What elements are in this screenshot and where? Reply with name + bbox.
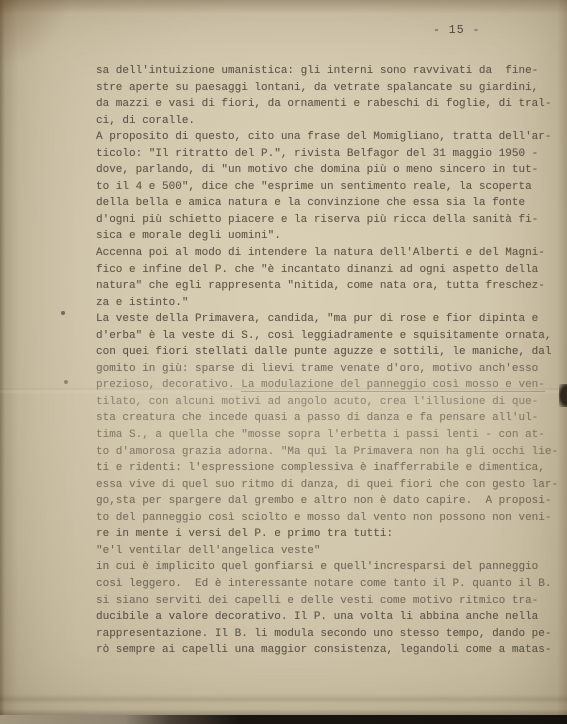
text-line: da mazzi e vasi di fiori, da ornamenti e… [96,96,548,113]
text-line: ticolo: "Il ritratto del P.", rivista Be… [96,146,548,163]
page-bottom-edge [0,715,567,724]
text-line: tilato, con alcuni motivi ad angolo acut… [96,394,548,411]
text-line: to del panneggio così sciolto e mosso da… [96,510,548,527]
text-line: d'erba" è la veste di S., così leggiadra… [96,328,548,345]
text-line: con quei fiori stellati dalle punte aguz… [96,344,548,361]
text-line: in cui è implicito quel gonfiarsi e quel… [96,559,548,576]
text-line: dove, parlando, di "un motivo che domina… [96,162,548,179]
text-line: ti e ridenti: l'espressione complessiva … [96,460,548,477]
typewritten-text: sa dell'intuizione umanistica: gli inter… [96,63,548,659]
text-line: ci, di coralle. [96,113,548,130]
text-line: stre aperte su paesaggi lontani, da vetr… [96,80,548,97]
text-line: ducibile a valore decorativo. Il P. una … [96,609,548,626]
text-line: rappresentazione. Il B. li modula second… [96,626,548,643]
pencil-mark [61,311,65,315]
text-line: essa vive di quel suo ritmo di danza, di… [96,477,548,494]
pencil-mark [64,380,68,384]
text-line: re in mente i versi del P. e primo tra t… [96,526,548,543]
text-line: tima S., a quella che "mosse sopra l'erb… [96,427,548,444]
text-line: si siano serviti dei capelli e delle ves… [96,593,548,610]
text-line: go,sta per spargere dal grembo e altro n… [96,493,548,510]
manuscript-page: - 15 - sa dell'intuizione umanistica: gl… [0,0,567,724]
text-line: rò sempre ai capelli una maggior consist… [96,642,548,659]
text-line: za e istinto." [96,295,548,312]
text-line: sta creatura che incede quasi a passo di… [96,410,548,427]
text-line: sica e morale degli uomini". [96,228,548,245]
underlined-phrase: La modulazione del panneggio così mosso … [241,379,545,392]
text-line: della bella e amica natura e la convinzi… [96,195,548,212]
text-line: natura" che egli rappresenta "nitida, co… [96,278,548,295]
text-line: La veste della Primavera, candida, "ma p… [96,311,548,328]
page-number: - 15 - [433,24,480,37]
text-line: così leggero. Ed è interessante notare c… [96,576,548,593]
text-line: d'ogni più schietto piacere e la riserva… [96,212,548,229]
text-line: prezioso, decorativo. La modulazione del… [96,377,548,394]
text-line: to d'amorosa grazia adorna. "Ma qui la P… [96,444,548,461]
text-line: gomito in giù: sparse di lievi trame ven… [96,361,548,378]
text-line: A proposito di questo, cito una frase de… [96,129,548,146]
text-line: sa dell'intuizione umanistica: gli inter… [96,63,548,80]
text-line: Accenna poi al modo di intendere la natu… [96,245,548,262]
text-line: to il 4 e 500", dice che "esprime un sen… [96,179,548,196]
paper-crease [0,694,567,704]
ink-smudge [559,384,567,407]
text-line: "e'l ventilar dell'angelica veste" [96,543,548,560]
text-line: fico e infine del P. che "è incantato di… [96,262,548,279]
